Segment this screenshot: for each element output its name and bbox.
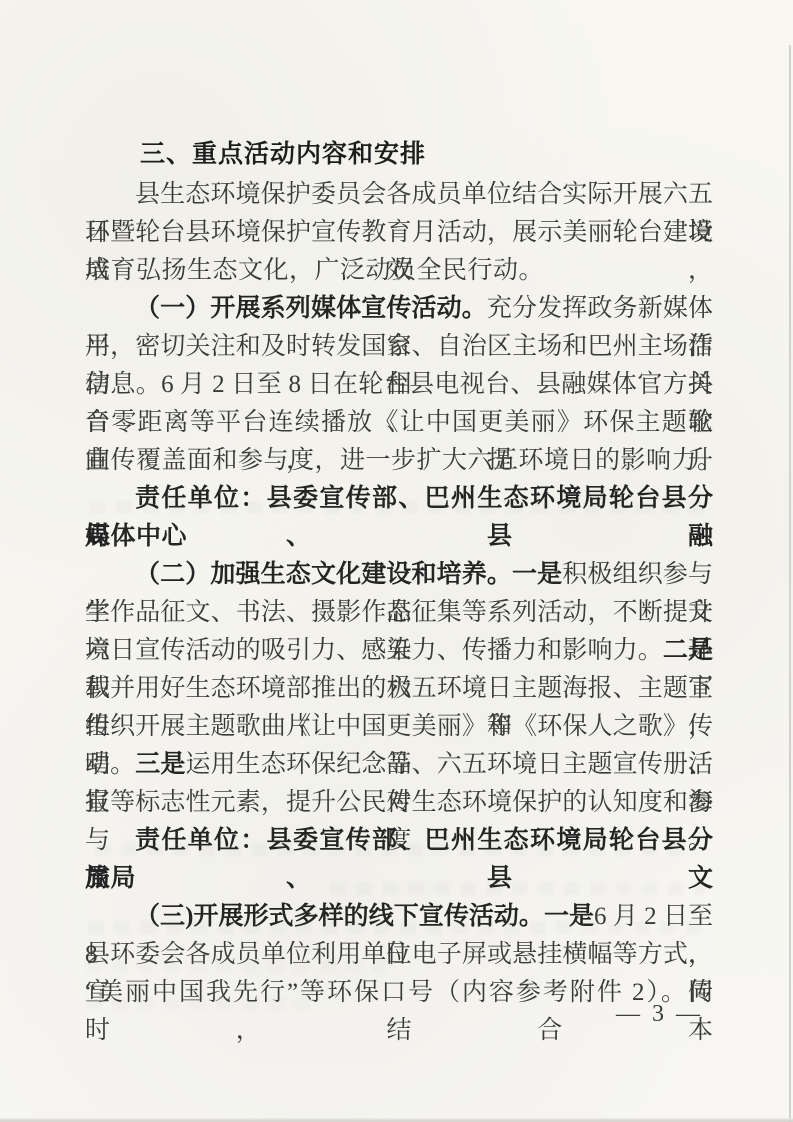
text-line: 报等标志性元素，提升公民对生态环境保护的认知度和参与度。: [85, 784, 713, 822]
text-line: 县环委会各成员单位利用单位电子屏或悬挂横幅等方式，宣传: [85, 936, 713, 974]
text-line: （三)开展形式多样的线下宣传活动。一是6 月 2 日至 8 日，: [85, 898, 713, 936]
text-line: 责任单位：县委宣传部、巴州生态环境局轮台县分局、县融: [85, 480, 713, 518]
text-line: 日暨轮台县环境保护宣传教育月活动，展示美丽轮台建设成效，: [85, 214, 713, 252]
body-text: 培育弘扬生态文化，广泛动员全民行动。: [85, 257, 544, 284]
emphasis-text: 媒体中心: [85, 523, 187, 550]
text-line: 载并用好生态环境部推出的六五环境日主题海报、主题宣传片等，: [85, 670, 713, 708]
scan-edge-bottom: [0, 1118, 793, 1122]
page-number: — 3 —: [616, 1001, 703, 1028]
text-line: 县生态环境保护委员会各成员单位结合实际开展六五环境: [85, 176, 713, 214]
text-line: 组织开展主题歌曲《让中国更美丽》和《环保人之歌》传唱等活: [85, 708, 713, 746]
text-line: 境日宣传活动的吸引力、感染力、传播力和影响力。二是积极下: [85, 632, 713, 670]
text-line: 用，密切关注和及时转发国家、自治区主场和巴州主场活动相关: [85, 328, 713, 366]
scanned-document-page: 三、重点活动内容和安排 县生态环境保护委员会各成员单位结合实际开展六五环境日暨轮…: [0, 0, 793, 1122]
body-text: 动。: [85, 751, 135, 778]
emphasis-text: 责任单位：县委宣传部、巴州生态环境局轮台县分局、县文: [85, 827, 713, 892]
emphasis-text: （一）开展系列媒体宣传活动。: [135, 295, 487, 322]
text-line: 宣传覆盖面和参与度，进一步扩大六五环境日的影响力。: [85, 442, 713, 480]
text-line: 责任单位：县委宣传部、巴州生态环境局轮台县分局、县文: [85, 822, 713, 860]
scan-edge-right: [789, 45, 791, 1122]
text-line: 台零距离等平台连续播放《让中国更美丽》环保主题歌曲，提升: [85, 404, 713, 442]
paragraph-lines: 县生态环境保护委员会各成员单位结合实际开展六五环境日暨轮台县环境保护宣传教育月活…: [85, 176, 713, 1012]
emphasis-text: （三)开展形式多样的线下宣传活动。一是: [135, 903, 594, 930]
text-line: 学作品征文、书法、摄影作品征集等系列活动，不断提升六五环: [85, 594, 713, 632]
emphasis-text: 三是: [135, 751, 185, 778]
text-line: （二）加强生态文化建设和培养。一是积极组织参与生态文: [85, 556, 713, 594]
emphasis-text: 旅局: [85, 865, 136, 892]
emphasis-text: 二是: [663, 637, 713, 664]
section-heading: 三、重点活动内容和安排: [85, 132, 713, 176]
text-line: （一）开展系列媒体宣传活动。充分发挥政务新媒体平台作: [85, 290, 713, 328]
text-line: 信息。6 月 2 日至 8 日在轮台县电视台、县融媒体官方抖音、轮: [85, 366, 713, 404]
emphasis-text: （二）加强生态文化建设和培养。一是: [135, 561, 562, 588]
text-line: 动。三是运用生态环保纪念品、六五环境日主题宣传册、宣传海: [85, 746, 713, 784]
document-body: 三、重点活动内容和安排 县生态环境保护委员会各成员单位结合实际开展六五环境日暨轮…: [85, 132, 713, 1012]
body-text: 境日宣传活动的吸引力、感染力、传播力和影响力。: [85, 637, 663, 664]
body-text: 宣传覆盖面和参与度，进一步扩大六五环境日的影响力。: [85, 447, 723, 474]
